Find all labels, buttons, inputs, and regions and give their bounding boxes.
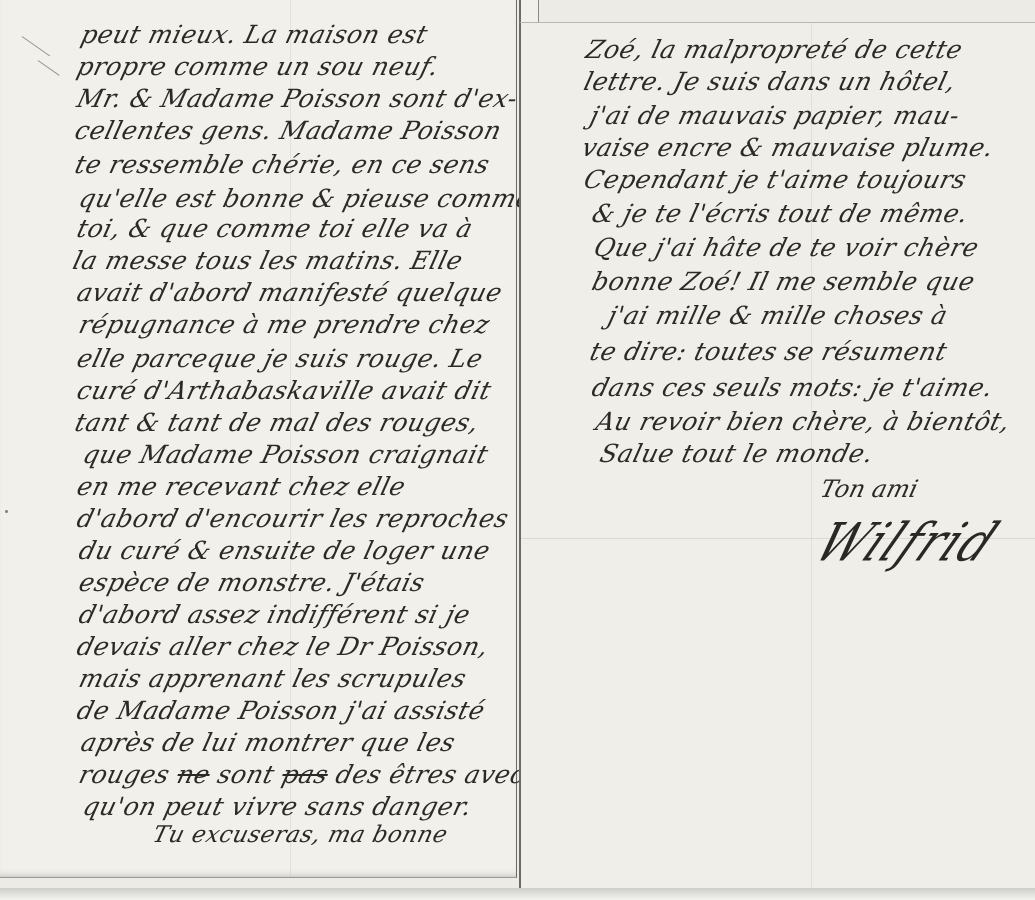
letter-line: après de lui montrer que les [78,728,458,757]
letter-line: qu'elle est bonne & pieuse comme [76,184,535,213]
paper-edge [519,0,539,22]
letter-line: vaise encre & mauvaise plume. [579,133,997,162]
letter-line: d'abord d'encourir les reproches [74,504,512,533]
letter-line: toi, & que comme toi elle va à [74,214,476,243]
scan-bottom-edge [0,888,1035,900]
letter-line: en me recevant chez elle [74,472,409,501]
letter-line: elle parceque je suis rouge. Le [74,344,486,373]
ink-mark [22,36,50,56]
letter-line: propre comme un sou neuf. [74,52,442,81]
signature: Wilfrid [804,511,1010,573]
ink-speck [5,510,8,513]
letter-line: avait d'abord manifesté quelque [74,278,506,307]
letter-line: devais aller chez le Dr Poisson, [74,632,492,661]
letter-line: dans ces seuls mots: je t'aime. [589,373,996,402]
letter-line: répugnance à me prendre chez [76,310,493,339]
letter-scan: peut mieux. La maison est propre comme u… [0,0,1035,900]
letter-line: curé d'Arthabaskaville avait dit [74,376,495,405]
letter-line: de Madame Poisson j'ai assisté [74,696,488,725]
letter-line: Salue tout le monde. [597,439,877,468]
letter-line: que Madame Poisson craignait [80,440,491,469]
letter-closing: Ton ami [818,475,921,503]
line-middle: sont [206,760,286,789]
right-page: Zoé, la malpropreté de cette lettre. Je … [519,22,1035,890]
letter-line: du curé & ensuite de loger une [76,536,493,565]
letter-line: Zoé, la malpropreté de cette [583,35,966,64]
letter-line: espèce de monstre. J'étais [76,568,428,597]
letter-line: Au revoir bien chère, à bientôt, [593,407,1013,436]
line-suffix: des êtres avec [324,760,528,789]
letter-line: te dire: toutes se résument [587,337,950,366]
letter-line: la messe tous les matins. Elle [70,246,466,275]
letter-line: j'ai mille & mille choses à [605,301,951,330]
letter-line: Tu excuseras, ma bonne [150,822,450,848]
line-prefix: rouges [76,760,181,789]
letter-line: d'abord assez indifférent si je [76,600,474,629]
letter-line: & je te l'écris tout de même. [589,199,971,228]
letter-line: qu'on peut vivre sans danger. [80,792,475,821]
letter-line: Cependant je t'aime toujours [581,165,970,194]
left-page: peut mieux. La maison est propre comme u… [0,0,517,878]
letter-line: te ressemble chérie, en ce sens [72,150,493,179]
letter-line: Mr. & Madame Poisson sont d'ex- [74,84,521,113]
ink-mark [38,60,60,76]
letter-line: tant & tant de mal des rouges, [72,408,482,437]
letter-line: bonne Zoé! Il me semble que [589,267,978,296]
letter-line: mais apprenant les scrupules [76,664,470,693]
letter-line: Que j'ai hâte de te voir chère [591,233,982,262]
letter-line: peut mieux. La maison est [78,20,431,49]
struck-word: pas [279,760,331,789]
letter-line: cellentes gens. Madame Poisson [72,116,505,145]
letter-line-with-strikeout: rouges ne sont pas des êtres avec [76,760,529,789]
letter-line: lettre. Je suis dans un hôtel, [581,67,959,96]
letter-line: j'ai de mauvais papier, mau- [587,101,963,130]
